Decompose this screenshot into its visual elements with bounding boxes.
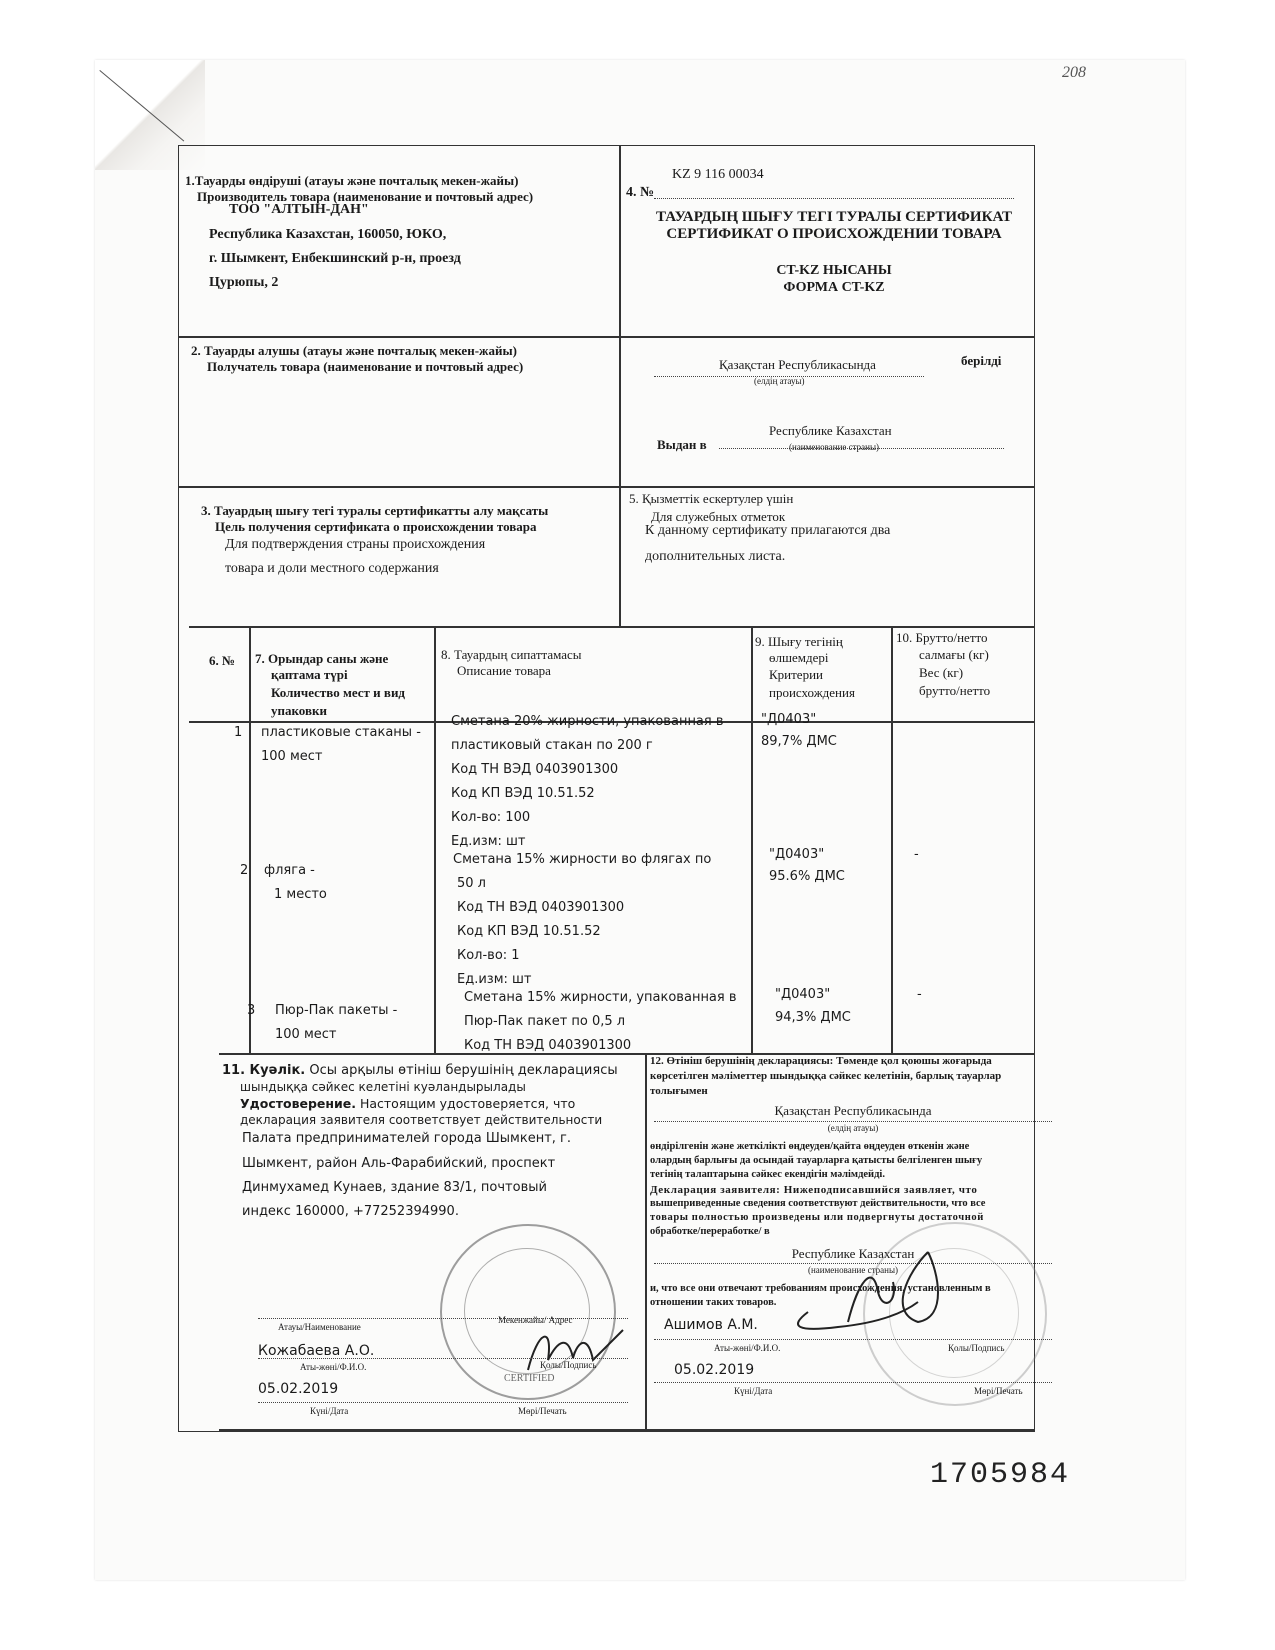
purpose-line: Для подтверждения страны происхождения: [225, 536, 485, 554]
issued-suffix-kz: берілді: [961, 352, 1001, 370]
row-weight: -: [914, 846, 919, 864]
chamber-address: Палата предпринимателей города Шымкент, …: [242, 1130, 571, 1148]
divider: [179, 336, 619, 338]
producer-address-line: г. Шымкент, Енбекшинский р-н, проезд: [209, 250, 461, 268]
box11-heading-rest: Осы арқылы өтініш берушінің декларациясы: [305, 1063, 617, 1078]
row-criteria: 94,3% ДМС: [775, 1009, 851, 1027]
row-places: Пюр-Пак пакеты -: [275, 1002, 397, 1020]
col-header-description-line: Описание товара: [457, 662, 551, 680]
document-serial-number: 1705984: [930, 1458, 1070, 1492]
service-note: дополнительных листа.: [645, 548, 785, 566]
form-name-kz: CT-KZ НЫСАНЫ: [624, 262, 1044, 280]
dotted-line: [654, 1382, 1052, 1383]
col-header-places-line: қаптама түрі: [271, 666, 348, 684]
row-description: Код ТН ВЭД 0403901300: [464, 1037, 631, 1055]
caption-signature: Қолы/Подпись: [948, 1343, 1004, 1353]
applicant-date: 05.02.2019: [674, 1361, 754, 1379]
divider: [619, 336, 1034, 338]
row-places: фляга -: [264, 862, 315, 880]
divider: [619, 146, 621, 626]
certificate-title-kz: ТАУАРДЫҢ ШЫҒУ ТЕГІ ТУРАЛЫ СЕРТИФИКАТ: [624, 208, 1044, 226]
table-col-divider: [434, 626, 436, 1053]
row-description: Код КП ВЭД 10.51.52: [451, 785, 595, 803]
row-places: 1 место: [274, 886, 327, 904]
box5-label-kz: 5. Қызметтік ескертулер үшін: [629, 490, 793, 508]
chamber-address: Динмухамед Кунаев, здание 83/1, почтовый: [242, 1179, 547, 1197]
col-header-weight-line: брутто/нетто: [919, 682, 990, 700]
purpose-line: товара и доли местного содержания: [225, 560, 439, 578]
row-description: Ед.изм: шт: [451, 833, 525, 851]
certificate-title-ru: СЕРТИФИКАТ О ПРОИСХОЖДЕНИИ ТОВАРА: [624, 225, 1044, 243]
declaration-heading: 12. Өтініш берушінің декларациясы:: [650, 1055, 833, 1067]
row-criteria: "Д0403": [761, 711, 816, 729]
declaration-line: толығымен: [650, 1082, 708, 1100]
row-weight: -: [917, 986, 922, 1004]
col-header-criteria-line: происхождения: [769, 684, 855, 702]
caption-signature: Қолы/Подпись: [540, 1360, 596, 1370]
row-number: 2: [240, 862, 248, 880]
row-number: 1: [234, 724, 242, 742]
row-description: Код ТН ВЭД 0403901300: [451, 761, 618, 779]
table-col-divider: [249, 626, 251, 1053]
certificate-number: KZ 9 116 00034: [672, 166, 764, 184]
caption-fio: Аты-жөні/Ф.И.О.: [300, 1362, 366, 1372]
caption-date: Күні/Дата: [734, 1386, 772, 1396]
declaration-country-kz: Қазақстан Республикасында: [648, 1102, 1058, 1120]
signature-applicant: [778, 1232, 958, 1342]
caption-name: Атауы/Наименование: [278, 1322, 361, 1332]
row-criteria: 95.6% ДМС: [769, 868, 845, 886]
number-label: 4. №: [626, 184, 654, 202]
issued-country-kz: Қазақстан Республикасында: [719, 356, 876, 374]
col-header-places-line: упаковки: [271, 702, 327, 720]
divider: [645, 1053, 647, 1431]
caption-seal: Мөрі/Печать: [518, 1406, 567, 1416]
table-col-divider: [751, 626, 753, 1053]
caption-seal: Мөрі/Печать: [974, 1386, 1023, 1396]
box11-heading: 11. Куәлік.: [222, 1063, 305, 1078]
col-header-criteria-line: өлшемдері: [769, 649, 829, 667]
box12-declaration: 12. Өтініш берушінің декларациясы: Төмен…: [648, 1052, 1058, 1432]
dotted-line: [654, 198, 1014, 199]
dotted-line: [654, 1121, 1052, 1122]
chamber-address: индекс 160000, +77252394990.: [242, 1203, 459, 1221]
row-description: Кол-во: 100: [451, 809, 530, 827]
col-header-weight: 10. Брутто/нетто: [896, 629, 988, 647]
row-description: Сметана 15% жирности во флягах по: [453, 851, 711, 869]
caption-address: Мекенжайы/ Адрес: [498, 1315, 572, 1325]
row-places: пластиковые стаканы -: [261, 724, 421, 742]
handwritten-page-number: 208: [1062, 64, 1086, 82]
row-description: пластиковый стакан по 200 г: [451, 737, 653, 755]
row-description: Код КП ВЭД 10.51.52: [457, 923, 601, 941]
divider: [189, 626, 1034, 628]
chamber-address: Шымкент, район Аль-Фарабийский, проспект: [242, 1155, 555, 1173]
col-header-criteria-line: Критерии: [769, 666, 823, 684]
certification-text: Настоящим удостоверяется, что: [356, 1096, 575, 1111]
col-header-number: 6. №: [209, 652, 235, 670]
signature-chamber: [518, 1320, 628, 1380]
caption-date: Күні/Дата: [310, 1406, 348, 1416]
row-description: Код ТН ВЭД 0403901300: [457, 899, 624, 917]
box11-line: шындыққа сәйкес келетінi куәландырылады: [240, 1078, 526, 1096]
col-header-weight-line: салмағы (кг): [919, 646, 989, 664]
row-description: Ед.изм: шт: [457, 971, 531, 989]
table-col-divider: [891, 626, 893, 1053]
applicant-signer: Ашимов А.М.: [664, 1316, 758, 1334]
chamber-date: 05.02.2019: [258, 1380, 338, 1398]
producer-address-line: Республика Казахстан, 160050, ЮКО,: [209, 226, 446, 244]
issued-country-ru: Республике Казахстан: [769, 422, 892, 440]
divider: [179, 486, 1034, 488]
row-number: 3: [247, 1002, 255, 1020]
declaration-heading-rest: Төменде қол қоюшы жоғарыда: [833, 1055, 991, 1067]
col-header-weight-line: Вес (кг): [919, 664, 963, 682]
caption-country-kz: (елдің атауы): [648, 1123, 1058, 1133]
row-description: Сметана 20% жирности, упакованная в: [451, 713, 724, 731]
row-criteria: "Д0403": [769, 846, 824, 864]
dotted-line: [258, 1318, 628, 1319]
producer-address-line: Цурюпы, 2: [209, 274, 278, 292]
row-criteria: 89,7% ДМС: [761, 733, 837, 751]
row-places: 100 мест: [261, 748, 322, 766]
box3-label-ru: Цель получения сертификата о происхожден…: [215, 518, 537, 536]
row-description: Пюр-Пак пакет по 0,5 л: [464, 1013, 625, 1031]
col-header-places-line: Количество мест и вид: [271, 684, 405, 702]
row-criteria: "Д0403": [775, 986, 830, 1004]
issued-prefix-ru: Выдан в: [657, 436, 707, 454]
box11-line: декларация заявителя соответствует дейст…: [240, 1111, 602, 1129]
dotted-line: [258, 1358, 628, 1359]
row-description: Сметана 15% жирности, упакованная в: [464, 989, 737, 1007]
caption-fio: Аты-жөні/Ф.И.О.: [714, 1343, 780, 1353]
declaration-final-line: отношении таких товаров.: [650, 1294, 776, 1312]
producer-name: ТОО "АЛТЫН-ДАН": [229, 201, 369, 219]
row-description: Кол-во: 1: [457, 947, 520, 965]
row-places: 100 мест: [275, 1026, 336, 1044]
certification-label: Удостоверение.: [240, 1096, 356, 1111]
caption-country-ru: (наименование страны): [789, 442, 879, 452]
service-note: К данному сертификату прилагаются два: [645, 522, 890, 540]
row-description: 50 л: [457, 875, 486, 893]
box11-certification: 11. Куәлік. Осы арқылы өтініш берушінің …: [218, 1060, 638, 1430]
caption-country-kz: (елдің атауы): [754, 376, 805, 386]
dotted-line: [654, 1339, 1052, 1340]
dotted-line: [258, 1402, 628, 1403]
box2-label-ru: Получатель товара (наименование и почтов…: [207, 358, 523, 376]
form-name-ru: ФОРМА CT-KZ: [624, 279, 1044, 297]
declaration-ru-line: обработке/переработке/ в: [650, 1223, 770, 1241]
